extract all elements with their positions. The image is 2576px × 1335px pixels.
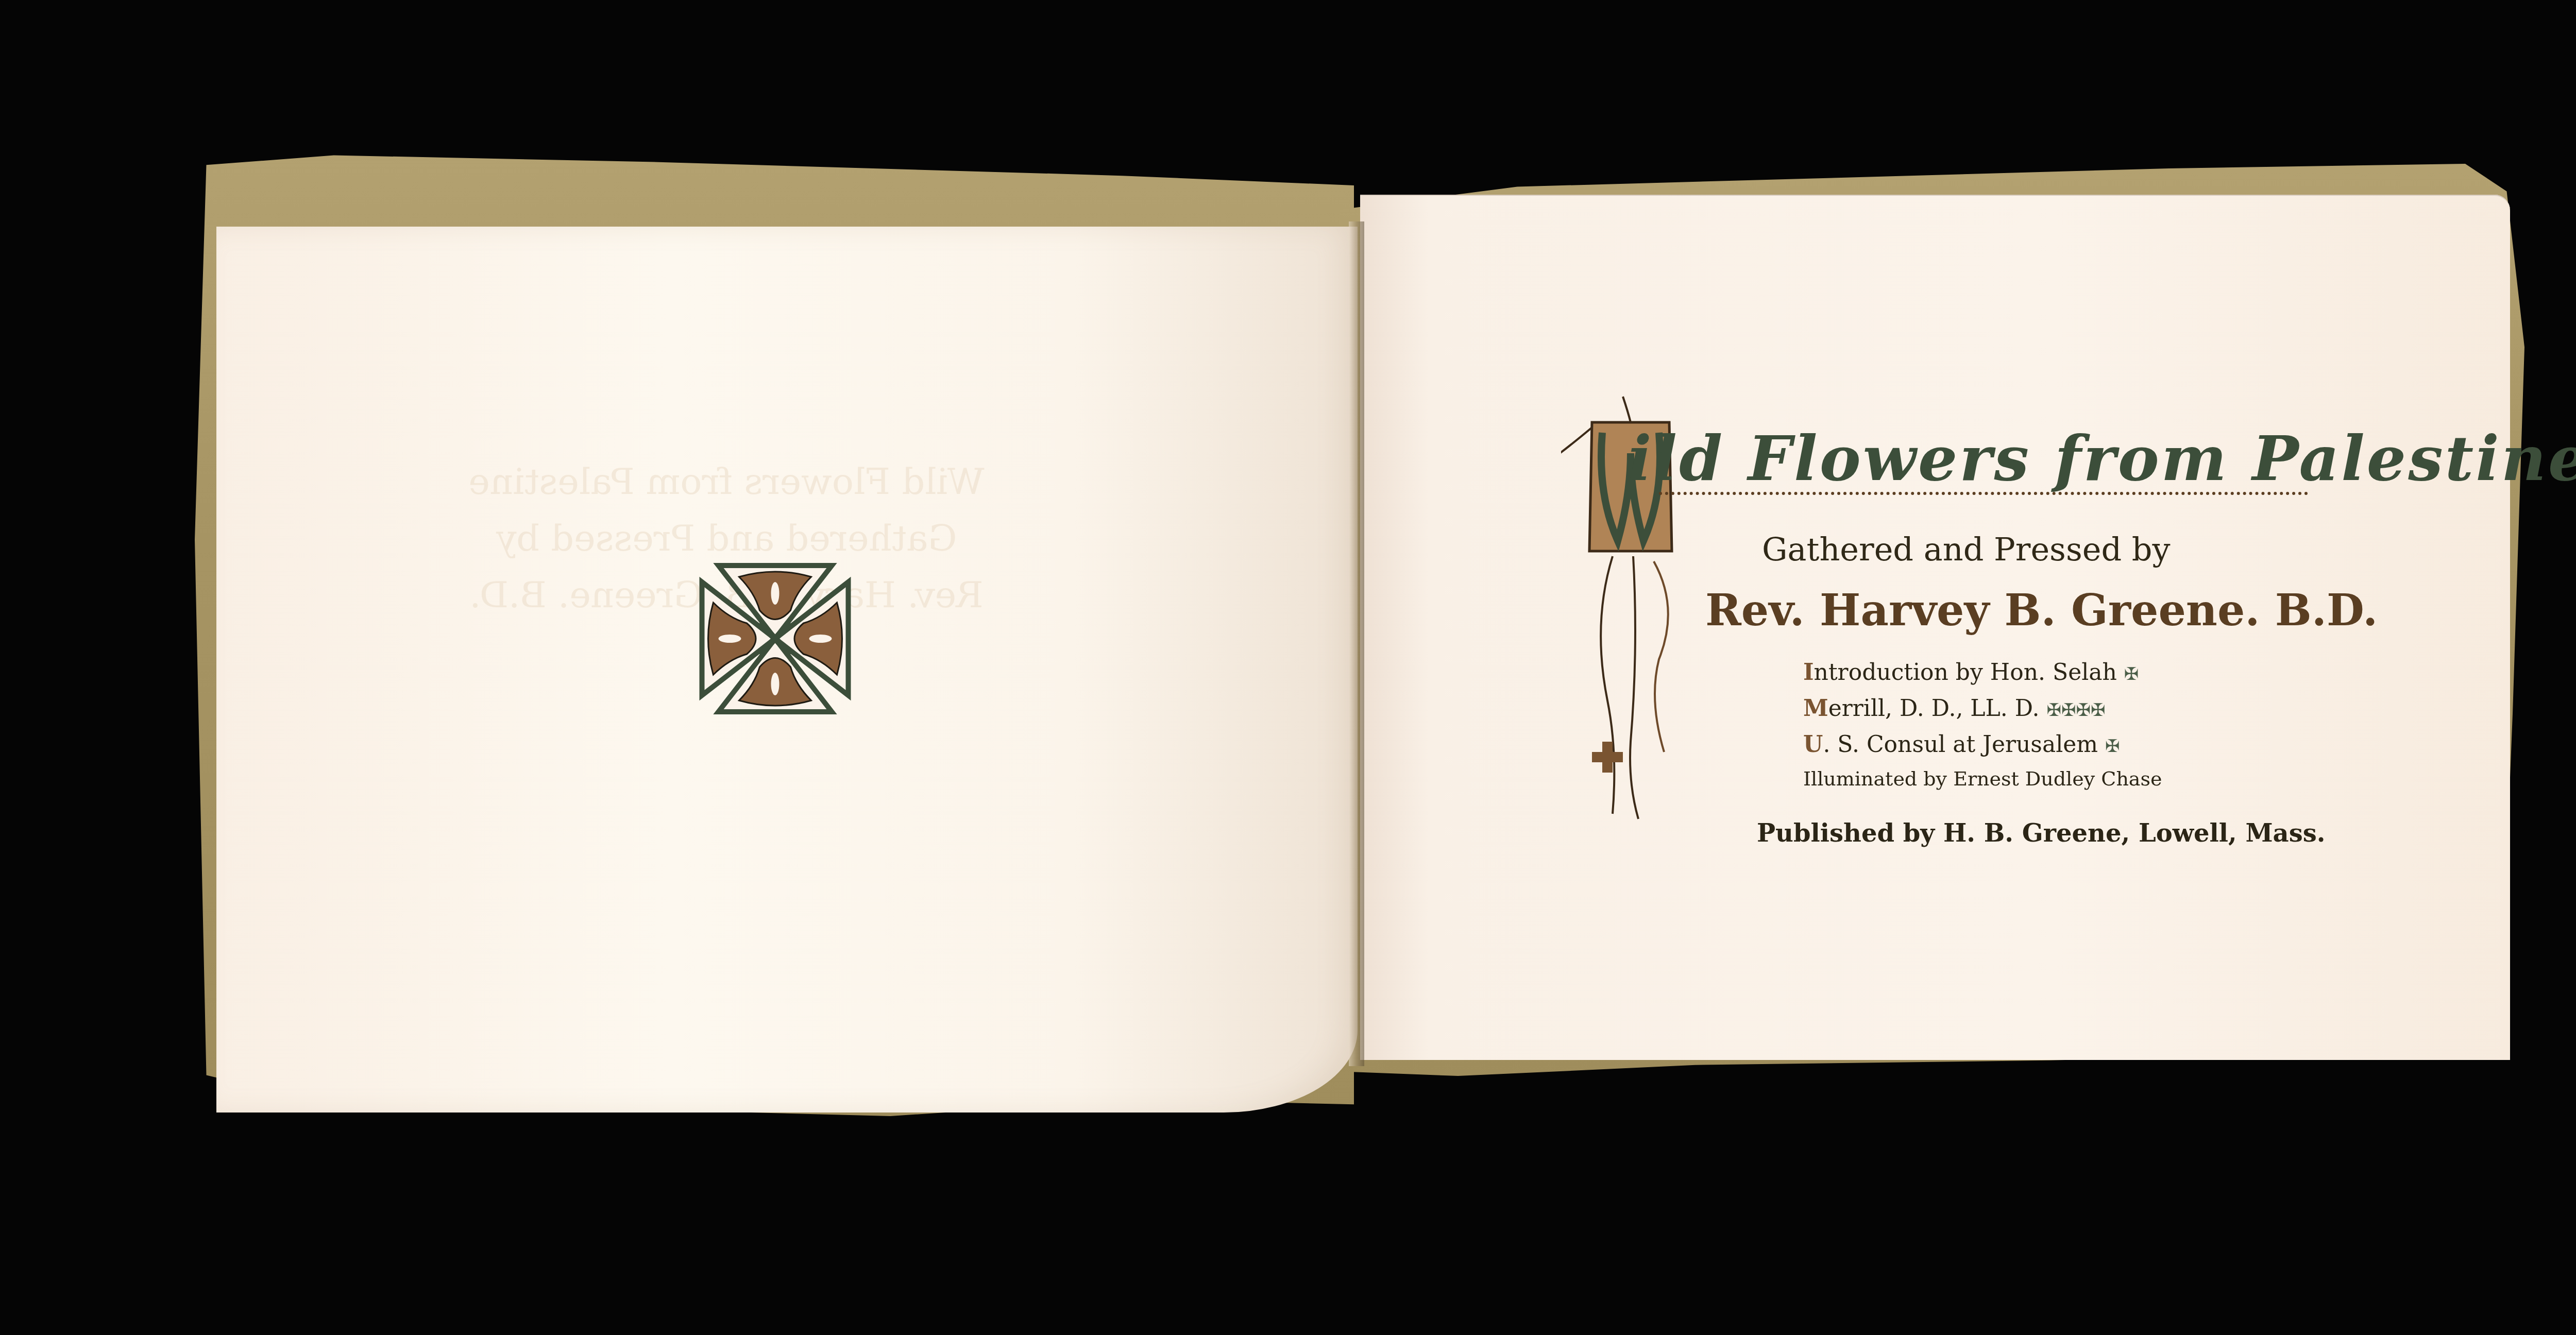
ghost-line: Wild Flowers from Palestine bbox=[392, 453, 1061, 510]
intro-text: errill, D. D., LL. D. bbox=[1828, 695, 2040, 722]
author-name: Rev. Harvey B. Greene. B.D. bbox=[1705, 585, 2378, 636]
title-text: ild Flowers from Palestine bbox=[1628, 422, 2576, 495]
ghost-line: Gathered and Pressed by bbox=[392, 510, 1061, 567]
maltese-cross-icon bbox=[697, 561, 854, 716]
intro-line-1: Introduction by Hon. Selah ✠ bbox=[1803, 659, 2139, 686]
book-gutter bbox=[1349, 221, 1364, 1066]
intro-line-2: Merrill, D. D., LL. D. ✠✠✠✠ bbox=[1803, 695, 2105, 722]
intro-initial: U bbox=[1803, 731, 1823, 758]
intro-text: ntroduction by Hon. Selah bbox=[1814, 659, 2117, 686]
cross-star-icon: ✠ bbox=[2124, 664, 2139, 684]
cross-star-icon: ✠✠✠✠ bbox=[2046, 700, 2105, 721]
gathered-line: Gathered and Pressed by bbox=[1762, 530, 2171, 568]
book-title: ild Flowers from Palestine bbox=[1525, 407, 2349, 494]
cross-star-icon: ✠ bbox=[2105, 736, 2120, 757]
intro-initial: M bbox=[1803, 695, 1828, 722]
intro-line-3: U. S. Consul at Jerusalem ✠ bbox=[1803, 731, 2120, 758]
intro-initial: I bbox=[1803, 659, 1814, 686]
title-decorative-rule bbox=[1659, 492, 2308, 499]
intro-text: . S. Consul at Jerusalem bbox=[1823, 731, 2098, 758]
illuminator-credit: Illuminated by Ernest Dudley Chase bbox=[1803, 767, 2162, 790]
publisher-line: Published by H. B. Greene, Lowell, Mass. bbox=[1757, 819, 2325, 848]
